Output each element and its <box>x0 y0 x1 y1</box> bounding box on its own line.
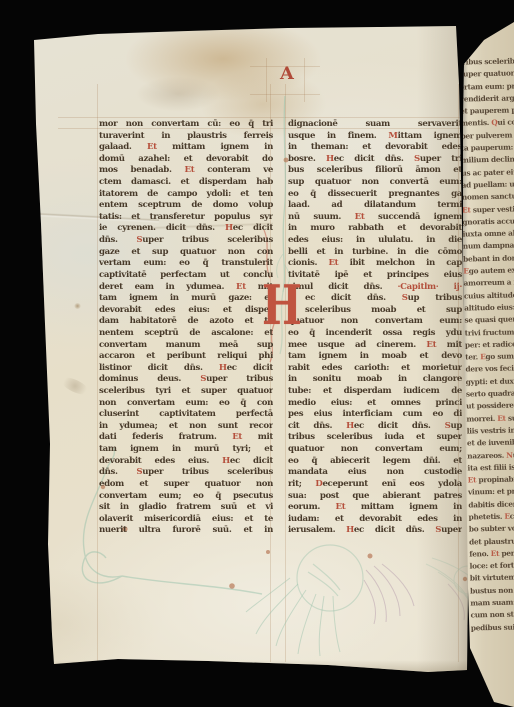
parchment-stain-spot <box>74 303 81 309</box>
ruling-line <box>97 84 98 662</box>
ruling-line <box>304 58 305 102</box>
running-header-letter: A <box>273 64 300 84</box>
ruling-line <box>285 84 286 662</box>
text-column-right: dignacionē suam servaveritusque in finem… <box>288 119 462 537</box>
manuscript-page: A mor non convertam cū: eo q̄ trituraver… <box>28 24 470 674</box>
ruling-line <box>250 94 320 95</box>
ruling-line <box>58 117 464 118</box>
parchment-stain-smudge <box>59 374 91 398</box>
text-column-left: mor non convertam cū: eo q̄ trituraverin… <box>99 119 273 537</box>
ruling-line <box>266 58 267 102</box>
chapter-initial-letter: H <box>262 278 302 332</box>
photograph-background: tribus sceleribus isrl etsuper quatuor n… <box>0 0 514 707</box>
